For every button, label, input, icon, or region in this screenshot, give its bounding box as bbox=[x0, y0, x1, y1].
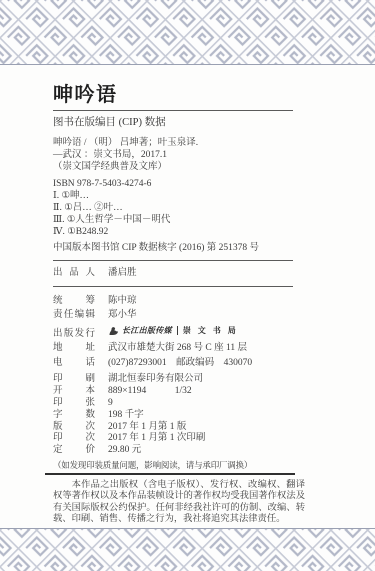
row-label: 电 话 bbox=[53, 356, 95, 371]
colophon-row: 开 本 889×1194 1/32 bbox=[53, 386, 293, 398]
row-label: 印 刷 bbox=[53, 374, 95, 386]
publisher-group: 出版发行 长江出版传媒 崇 文 书 局 地 址 武汉市雄楚大街 268 号 C … bbox=[53, 324, 293, 371]
cip-line: Ⅲ. ①人生哲学－中国－明代 bbox=[53, 214, 293, 226]
row-value: (027)87293001 邮政编码 430070 bbox=[108, 356, 252, 371]
colophon-row: 印 张 9 bbox=[53, 398, 293, 410]
isbn-line: ISBN 978-7-5403-4274-6 bbox=[53, 178, 293, 190]
swan-logo-icon bbox=[108, 326, 119, 336]
row-value: 29.80 元 bbox=[108, 445, 141, 457]
colophon-row: 字 数 198 千字 bbox=[53, 410, 293, 422]
row-label: 印 张 bbox=[53, 398, 95, 410]
divider-under-title bbox=[53, 110, 293, 111]
colophon-row: 统 筹 陈中琼 bbox=[53, 294, 293, 309]
row-label: 版 次 bbox=[53, 422, 95, 434]
colophon-row: 印 次 2017 年 1 月第 1 次印刷 bbox=[53, 433, 293, 445]
thick-divider bbox=[45, 473, 295, 475]
cip-line: 呻吟语 / （明） 吕坤著；叶玉泉译. bbox=[53, 137, 293, 149]
row-label: 字 数 bbox=[53, 410, 95, 422]
colophon-row: 定 价 29.80 元 bbox=[53, 445, 293, 457]
copyright-statement: 本作品之出版权（含电子版权）、发行权、改编权、翻译权等著作权以及本作品装帧设计的… bbox=[53, 480, 305, 526]
cip-description: 呻吟语 / （明） 吕坤著；叶玉泉译. —武汉 ：崇文书局，2017.1 （崇文… bbox=[53, 137, 293, 254]
greek-key-border-top bbox=[0, 0, 375, 65]
cip-heading: 图书在版编目 (CIP) 数据 bbox=[53, 117, 293, 129]
greek-key-pattern-icon bbox=[0, 529, 375, 571]
row-value: 889×1194 1/32 bbox=[108, 386, 192, 398]
producer-row: 出 品 人 潘启胜 bbox=[53, 266, 293, 280]
cip-line: （崇文国学经典普及文库） bbox=[53, 161, 293, 173]
row-value: 2017 年 1 月第 1 次印刷 bbox=[108, 433, 205, 445]
divider bbox=[53, 260, 293, 261]
row-value: 9 bbox=[108, 398, 113, 410]
row-value: 武汉市雄楚大街 268 号 C 座 11 层 bbox=[108, 341, 247, 356]
cip-line: Ⅰ. ①呻… bbox=[53, 190, 293, 202]
cip-classification: ISBN 978-7-5403-4274-6 Ⅰ. ①呻… Ⅱ. ①吕… ②叶…… bbox=[53, 178, 293, 239]
colophon-row: 版 次 2017 年 1 月第 1 版 bbox=[53, 422, 293, 434]
editors-group: 统 筹 陈中琼 责任编辑 郑小华 bbox=[53, 294, 293, 323]
row-value: 湖北恒泰印务有限公司 bbox=[108, 374, 203, 386]
cip-line: —武汉 ：崇文书局，2017.1 bbox=[53, 149, 293, 161]
row-label: 责任编辑 bbox=[53, 308, 95, 323]
row-label: 开 本 bbox=[53, 386, 95, 398]
colophon-row: 责任编辑 郑小华 bbox=[53, 308, 293, 323]
printing-group: 印 刷 湖北恒泰印务有限公司 开 本 889×1194 1/32 印 张 9 字… bbox=[53, 374, 293, 457]
row-label: 统 筹 bbox=[53, 294, 95, 309]
colophon-row: 电 话 (027)87293001 邮政编码 430070 bbox=[53, 356, 293, 371]
row-label: 定 价 bbox=[53, 445, 95, 457]
publisher-logo: 长江出版传媒 崇 文 书 局 bbox=[108, 324, 238, 339]
row-label: 地 址 bbox=[53, 341, 95, 356]
row-label: 印 次 bbox=[53, 433, 95, 445]
cip-line: Ⅱ. ①吕… ②叶… bbox=[53, 202, 293, 214]
row-value: 198 千字 bbox=[108, 410, 144, 422]
row-value: 潘启胜 bbox=[108, 266, 137, 280]
brand-group-name: 长江出版传媒 bbox=[122, 324, 172, 339]
cip-record-number: 中国版本图书馆 CIP 数据核字 (2016) 第 251378 号 bbox=[53, 242, 293, 254]
greek-key-border-bottom bbox=[0, 528, 375, 571]
colophon-row: 地 址 武汉市雄楚大街 268 号 C 座 11 层 bbox=[53, 341, 293, 356]
colophon-row: 印 刷 湖北恒泰印务有限公司 bbox=[53, 374, 293, 386]
brand-imprint-name: 崇 文 书 局 bbox=[183, 324, 239, 339]
book-title: 呻吟语 bbox=[53, 84, 293, 106]
greek-key-pattern-icon bbox=[0, 0, 375, 64]
row-value: 郑小华 bbox=[108, 308, 137, 323]
row-label: 出版发行 bbox=[53, 327, 95, 342]
cip-line: Ⅳ. ①B248.92 bbox=[53, 226, 293, 238]
row-value: 2017 年 1 月第 1 版 bbox=[108, 422, 186, 434]
row-label: 出 品 人 bbox=[53, 266, 95, 280]
row-value: 陈中琼 bbox=[108, 294, 137, 309]
divider bbox=[53, 286, 293, 287]
publisher-row: 出版发行 长江出版传媒 崇 文 书 局 bbox=[53, 324, 293, 342]
brand-divider bbox=[177, 326, 178, 335]
book-copyright-page: 呻吟语 图书在版编目 (CIP) 数据 呻吟语 / （明） 吕坤著；叶玉泉译. … bbox=[0, 0, 375, 571]
quality-note: （如发现印装质量问题，影响阅读，请与承印厂调换） bbox=[53, 459, 293, 471]
colophon-content: 呻吟语 图书在版编目 (CIP) 数据 呻吟语 / （明） 吕坤著；叶玉泉译. … bbox=[53, 84, 293, 544]
